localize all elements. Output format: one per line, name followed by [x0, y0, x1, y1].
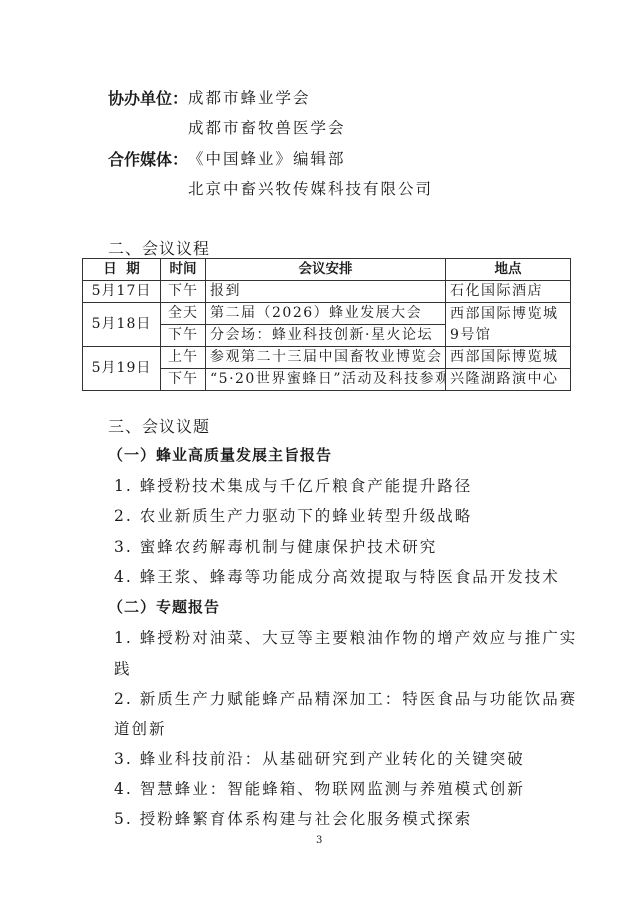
location-line-1: 西部国际博览城 [450, 304, 566, 325]
cell-date: 5月17日 [83, 281, 161, 303]
header-activity: 会议安排 [206, 259, 446, 281]
cell-activity: 报到 [206, 281, 446, 303]
agenda-title: 二、会议议程 [108, 236, 210, 259]
co-organizer-1: 成都市蜂业学会 [188, 86, 311, 108]
header-date: 日 期 [83, 259, 161, 281]
co-organizer-2: 成都市畜牧兽医学会 [188, 116, 346, 138]
section1-title: （一）蜂业高质量发展主旨报告 [108, 444, 332, 465]
section2-item-1-line2: 践 [114, 657, 132, 679]
cell-activity: 参观第二十三届中国畜牧业博览会 [206, 347, 446, 369]
media-1: 《中国蜂业》编辑部 [188, 147, 346, 169]
section1-item-2: 2. 农业新质生产力驱动下的蜂业转型升级战略 [114, 504, 472, 526]
header-location: 地点 [446, 259, 571, 281]
cell-time: 全天 [161, 303, 206, 325]
cell-time: 下午 [161, 325, 206, 347]
agenda-table: 日 期 时间 会议安排 地点 5月17日 下午 报到 石化国际酒店 5月18日 … [82, 258, 571, 391]
cell-activity: “5·20世界蜜蜂日”活动及科技参观 [206, 369, 446, 391]
section1-item-1: 1. 蜂授粉技术集成与千亿斤粮食产能提升路径 [114, 474, 472, 496]
section2-item-2-line1: 2. 新质生产力赋能蜂产品精深加工：特医食品与功能饮品赛 [114, 687, 577, 709]
header-time: 时间 [161, 259, 206, 281]
media-2: 北京中畜兴牧传媒科技有限公司 [188, 177, 433, 199]
cell-activity: 分会场：蜂业科技创新·星火论坛 [206, 325, 446, 347]
cell-location: 石化国际酒店 [446, 281, 571, 303]
section2-item-3: 3. 蜂业科技前沿：从基础研究到产业转化的关键突破 [114, 747, 525, 769]
table-row: 5月19日 上午 参观第二十三届中国畜牧业博览会 西部国际博览城 [83, 347, 571, 369]
cell-location: 西部国际博览城 9号馆 [446, 303, 571, 347]
page-number: 3 [316, 835, 322, 846]
section2-item-2-line2: 道创新 [114, 717, 167, 739]
cell-date: 5月18日 [83, 303, 161, 347]
section1-item-3: 3. 蜜蜂农药解毒机制与健康保护技术研究 [114, 535, 437, 557]
cell-location: 西部国际博览城 [446, 347, 571, 369]
cell-date: 5月19日 [83, 347, 161, 391]
agenda-header-row: 日 期 时间 会议安排 地点 [83, 259, 571, 281]
section2-item-1-line1: 1. 蜂授粉对油菜、大豆等主要粮油作物的增产效应与推广实 [114, 626, 577, 648]
topics-title: 三、会议议题 [108, 414, 210, 437]
table-row: 5月17日 下午 报到 石化国际酒店 [83, 281, 571, 303]
cell-time: 下午 [161, 369, 206, 391]
section2-title: （二）专题报告 [108, 596, 220, 617]
section2-item-4: 4. 智慧蜂业：智能蜂箱、物联网监测与养殖模式创新 [114, 777, 525, 799]
media-label: 合作媒体： [108, 147, 188, 170]
cell-time: 上午 [161, 347, 206, 369]
section1-item-4: 4. 蜂王浆、蜂毒等功能成分高效提取与特医食品开发技术 [114, 565, 560, 587]
cell-activity: 第二届（2026）蜂业发展大会 [206, 303, 446, 325]
location-line-2: 9号馆 [450, 325, 566, 346]
co-organizer-label: 协办单位： [108, 86, 188, 109]
cell-time: 下午 [161, 281, 206, 303]
section2-item-5: 5. 授粉蜂繁育体系构建与社会化服务模式探索 [114, 807, 472, 829]
table-row: 5月18日 全天 第二届（2026）蜂业发展大会 西部国际博览城 9号馆 [83, 303, 571, 325]
cell-location: 兴隆湖路演中心 [446, 369, 571, 391]
